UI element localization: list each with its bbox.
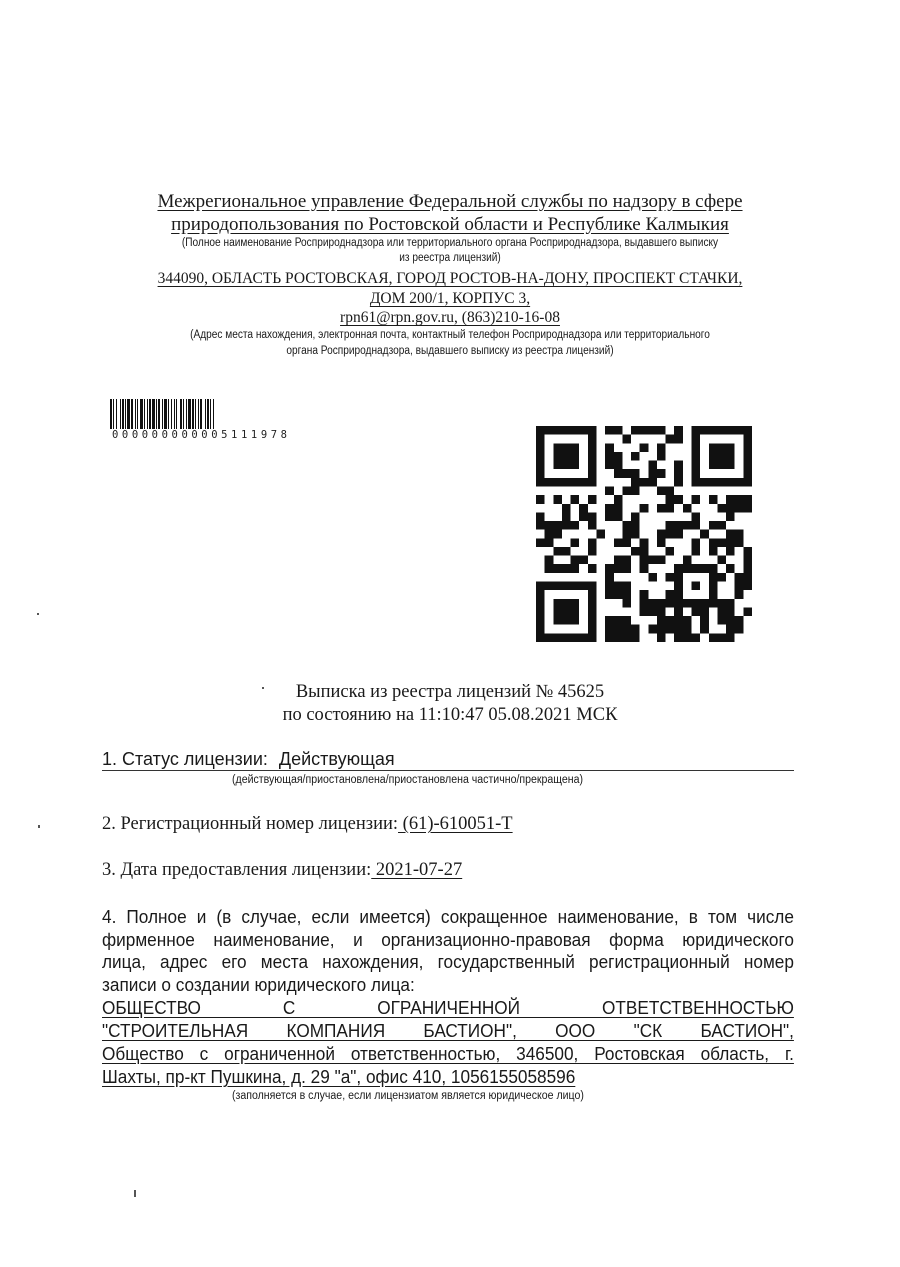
organization-label-line: фирменное наименование, и организационно… (102, 929, 794, 952)
scan-speck (262, 687, 264, 689)
organization-value-line: "СТРОИТЕЛЬНАЯ КОМПАНИЯ БАСТИОН", ООО "СК… (102, 1019, 794, 1042)
organization-value-line: ОБЩЕСТВО С ОГРАНИЧЕННОЙ ОТВЕТСТВЕННОСТЬЮ (102, 996, 794, 1019)
status-hint: (действующая/приостановлена/приостановле… (232, 773, 583, 787)
organization-label-line: лица, адрес его места нахождения, госуда… (102, 951, 794, 974)
issuer-address-caption-line-2: органа Росприроднадзора, выдавшего выпис… (54, 344, 846, 359)
scan-speck (38, 825, 40, 828)
organization-value-line: Общество с ограниченной ответственностью… (102, 1042, 794, 1065)
issuer-contacts: rpn61@rpn.gov.ru, (863)210-16-08 (0, 308, 900, 327)
issuer-name-line-2: природопользования по Ростовской области… (0, 213, 900, 236)
reg-number-label: 2. Регистрационный номер лицензии: (102, 814, 398, 834)
issuer-address-line-1: 344090, ОБЛАСТЬ РОСТОВСКАЯ, ГОРОД РОСТОВ… (0, 269, 900, 288)
issue-date-value: 2021-07-27 (371, 860, 462, 880)
extract-title: Выписка из реестра лицензий № 45625 (0, 681, 900, 704)
barcode-icon (110, 399, 310, 429)
issuer-name-caption-line-2: из реестра лицензий) (54, 251, 846, 266)
scan-speck (37, 613, 39, 615)
organization-hint: (заполняется в случае, если лицензиатом … (232, 1089, 584, 1103)
organization-value-line: Шахты, пр-кт Пушкина, д. 29 "а", офис 41… (102, 1065, 794, 1088)
organization-label-line: 4. Полное и (в случае, если имеется) сок… (102, 906, 794, 929)
issue-date-field: 3. Дата предоставления лицензии: 2021-07… (102, 859, 462, 882)
organization-label: 4. Полное и (в случае, если имеется) сок… (102, 906, 794, 996)
issue-date-label: 3. Дата предоставления лицензии: (102, 860, 371, 880)
organization-value: ОБЩЕСТВО С ОГРАНИЧЕННОЙ ОТВЕТСТВЕННОСТЬЮ… (102, 996, 794, 1088)
issuer-name-line-1: Межрегиональное управление Федеральной с… (0, 190, 900, 213)
reg-number-field: 2. Регистрационный номер лицензии: (61)-… (102, 813, 513, 836)
organization-label-line: записи о создании юридического лица: (102, 974, 794, 997)
status-underline (102, 770, 794, 771)
issuer-address-line-2: ДОМ 200/1, КОРПУС 3, (0, 289, 900, 308)
status-field: 1. Статус лицензии: Действующая (102, 748, 395, 771)
scan-speck (134, 1190, 136, 1197)
qr-code-icon (534, 426, 754, 642)
status-value: Действующая (279, 749, 395, 769)
barcode-number: 000000000005111978 (112, 429, 312, 441)
issuer-address-caption-line-1: (Адрес места нахождения, электронная поч… (54, 328, 846, 343)
reg-number-value: (61)-610051-Т (398, 814, 513, 834)
issuer-name-caption-line-1: (Полное наименование Росприроднадзора ил… (54, 236, 846, 251)
extract-timestamp: по состоянию на 11:10:47 05.08.2021 МСК (0, 704, 900, 727)
status-label: 1. Статус лицензии: (102, 749, 268, 769)
